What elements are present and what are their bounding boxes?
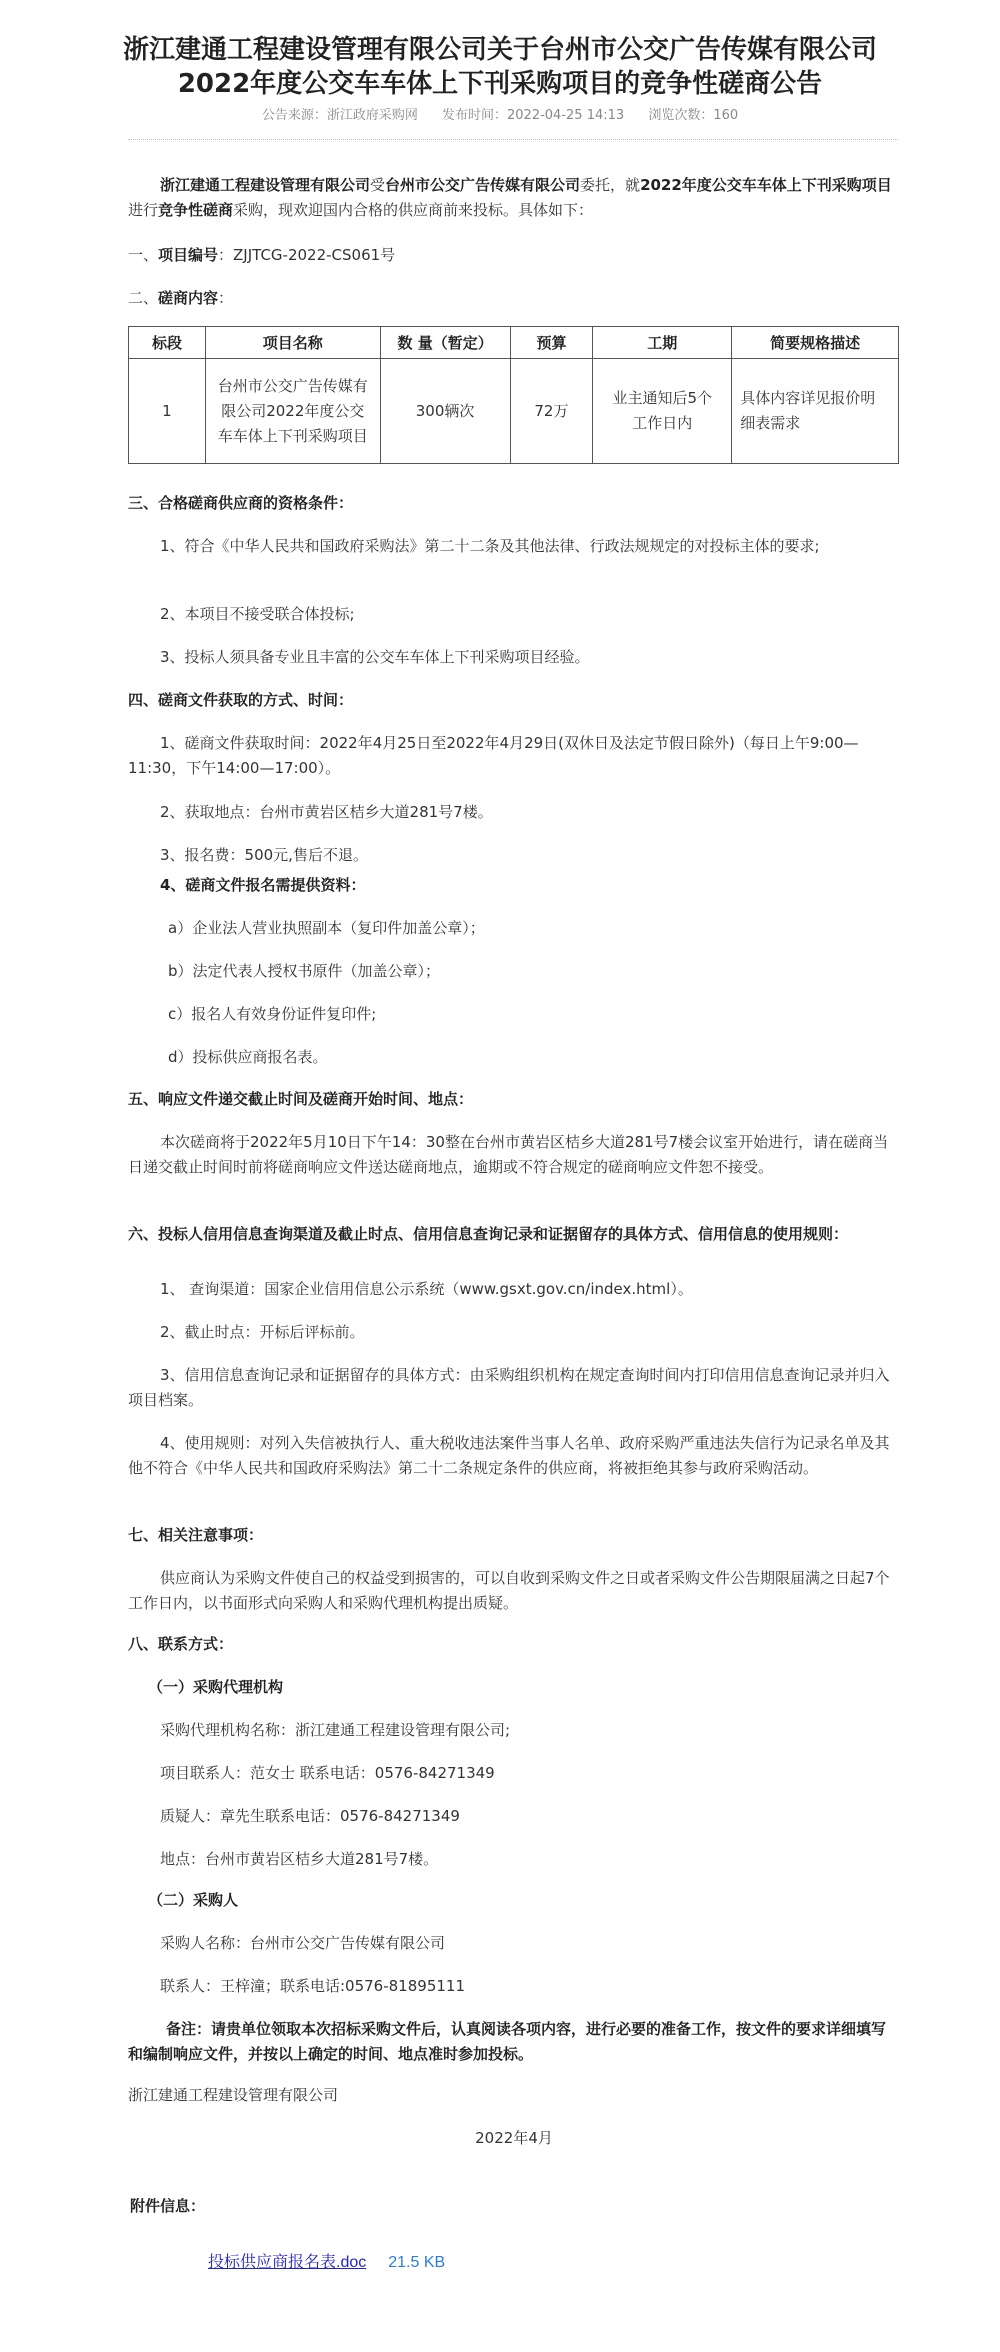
attachment-size: 21.5 KB (388, 2254, 445, 2271)
colon: ： (218, 289, 233, 307)
purchaser-line: 采购人名称：台州市公交广告传媒有限公司 (160, 1931, 932, 1956)
table-row: 1 台州市公交广告传媒有限公司2022年度公交车车体上下刊采购项目 300辆次 … (129, 359, 899, 464)
agency-line: 质疑人：章先生联系电话：0576-84271349 (160, 1804, 932, 1829)
credit-item: 2、截止时点：开标后评标前。 (128, 1320, 900, 1345)
col-header-spec: 简要规格描述 (732, 327, 899, 359)
credit-item: 1、 查询渠道：国家企业信用信息公示系统（www.gsxt.gov.cn/ind… (128, 1277, 900, 1302)
acquisition-item: 2、获取地点：台州市黄岩区桔乡大道281号7楼。 (128, 800, 900, 825)
table-header-row: 标段 项目名称 数 量（暂定） 预算 工期 简要规格描述 (129, 327, 899, 359)
qualification-item: 3、投标人须具备专业且丰富的公交车车体上下刊采购项目经验。 (128, 645, 900, 670)
section-credit-heading: 六、投标人信用信息查询渠道及截止时点、信用信息查询记录和证据留存的具体方式、信用… (128, 1222, 900, 1247)
col-header-lot: 标段 (129, 327, 206, 359)
page-title-line1: 浙江建通工程建设管理有限公司关于台州市公交广告传媒有限公司 (0, 32, 1000, 68)
agency-line: 地点：台州市黄岩区桔乡大道281号7楼。 (160, 1847, 932, 1872)
materials-heading: 4、磋商文件报名需提供资料： (128, 873, 900, 898)
source-label: 公告来源：浙江政府采购网 (262, 108, 418, 123)
agency-line: 采购代理机构名称：浙江建通工程建设管理有限公司; (160, 1718, 932, 1743)
col-header-budget: 预算 (510, 327, 593, 359)
agency-name: 浙江建通工程建设管理有限公司 (160, 176, 370, 194)
section-label: 二、 (128, 289, 158, 307)
attachments-heading: 附件信息： (130, 2194, 902, 2219)
cell-budget: 72万 (510, 359, 593, 464)
qualification-item: 1、符合《中华人民共和国政府采购法》第二十二条及其他法律、行政法规规定的对投标主… (128, 534, 900, 559)
page-title-line2: 2022年度公交车车体上下刊采购项目的竞争性磋商公告 (0, 66, 1000, 102)
cell-duration: 业主通知后5个工作日内 (593, 359, 732, 464)
section-qualifications-heading: 三、合格磋商供应商的资格条件： (128, 491, 900, 516)
acquisition-item: 3、报名费：500元,售后不退。 (128, 843, 900, 868)
col-header-quantity: 数 量（暂定） (380, 327, 510, 359)
material-item: d）投标供应商报名表。 (168, 1045, 868, 1070)
cell-spec: 具体内容详见报价明细表需求 (732, 359, 899, 464)
purchaser-line: 联系人：王梓潼；联系电话:0576-81895111 (160, 1974, 932, 1999)
col-header-duration: 工期 (593, 327, 732, 359)
section-label: 一、 (128, 246, 158, 264)
section-heading: 项目编号 (158, 246, 218, 264)
section-heading: 磋商内容 (158, 289, 218, 307)
publish-time: 发布时间：2022-04-25 14:13 (442, 108, 624, 123)
purchaser-subheading: （二）采购人 (148, 1888, 920, 1913)
agency-line: 项目联系人：范女士 联系电话：0576-84271349 (160, 1761, 932, 1786)
section-negotiation-content: 二、磋商内容： (128, 286, 900, 311)
material-item: c）报名人有效身份证件复印件; (168, 1002, 868, 1027)
project-name: 2022年度公交车车体上下刊采购项目 (640, 176, 892, 194)
acquisition-item: 1、磋商文件获取时间：2022年4月25日至2022年4月29日(双休日及法定节… (128, 731, 900, 781)
view-count: 浏览次数：160 (648, 108, 738, 123)
submission-body: 本次磋商将于2022年5月10日下午14：30整在台州市黄岩区桔乡大道281号7… (128, 1130, 900, 1180)
col-header-project-name: 项目名称 (205, 327, 380, 359)
purchaser-name: 台州市公交广告传媒有限公司 (385, 176, 580, 194)
header-divider (128, 139, 898, 140)
section-notes-heading: 七、相关注意事项： (128, 1523, 900, 1548)
notes-body: 供应商认为采购文件使自己的权益受到损害的，可以自收到采购文件之日或者采购文件公告… (128, 1566, 900, 1616)
intro-paragraph: 浙江建通工程建设管理有限公司受台州市公交广告传媒有限公司委托，就2022年度公交… (128, 173, 900, 223)
intro-text: 受 (370, 176, 385, 194)
attachment-item: 投标供应商报名表.doc21.5 KB (208, 2250, 980, 2275)
intro-text: 委托，就 (580, 176, 640, 194)
project-number: ：ZJJTCG-2022-CS061号 (218, 246, 395, 264)
agency-subheading: （一）采购代理机构 (148, 1675, 920, 1700)
intro-text: 采购，现欢迎国内合格的供应商前来投标。具体如下： (233, 201, 593, 219)
material-item: a）企业法人营业执照副本（复印件加盖公章）； (168, 916, 868, 941)
intro-text: 进行 (128, 201, 158, 219)
qualification-item: 2、本项目不接受联合体投标; (128, 602, 900, 627)
section-project-number: 一、项目编号：ZJJTCG-2022-CS061号 (128, 243, 900, 268)
cell-lot: 1 (129, 359, 206, 464)
material-item: b）法定代表人授权书原件（加盖公章）； (168, 959, 868, 984)
remark: 备注：请贵单位领取本次招标采购文件后，认真阅读各项内容，进行必要的准备工作，按文… (128, 2017, 900, 2067)
announcement-meta: 公告来源：浙江政府采购网 发布时间：2022-04-25 14:13 浏览次数：… (0, 106, 1000, 126)
signature-date: 2022年4月 (128, 2126, 900, 2151)
section-document-acquisition-heading: 四、磋商文件获取的方式、时间： (128, 688, 900, 713)
project-table: 标段 项目名称 数 量（暂定） 预算 工期 简要规格描述 1 台州市公交广告传媒… (128, 326, 899, 464)
attachment-link[interactable]: 投标供应商报名表.doc (208, 2254, 366, 2271)
signature-company: 浙江建通工程建设管理有限公司 (128, 2083, 900, 2108)
section-contact-heading: 八、联系方式： (128, 1632, 900, 1657)
cell-project-name: 台州市公交广告传媒有限公司2022年度公交车车体上下刊采购项目 (205, 359, 380, 464)
section-submission-heading: 五、响应文件递交截止时间及磋商开始时间、地点： (128, 1087, 900, 1112)
credit-item: 3、信用信息查询记录和证据留存的具体方式：由采购组织机构在规定查询时间内打印信用… (128, 1363, 900, 1413)
procurement-method: 竞争性磋商 (158, 201, 233, 219)
cell-quantity: 300辆次 (380, 359, 510, 464)
credit-item: 4、使用规则：对列入失信被执行人、重大税收违法案件当事人名单、政府采购严重违法失… (128, 1431, 900, 1481)
